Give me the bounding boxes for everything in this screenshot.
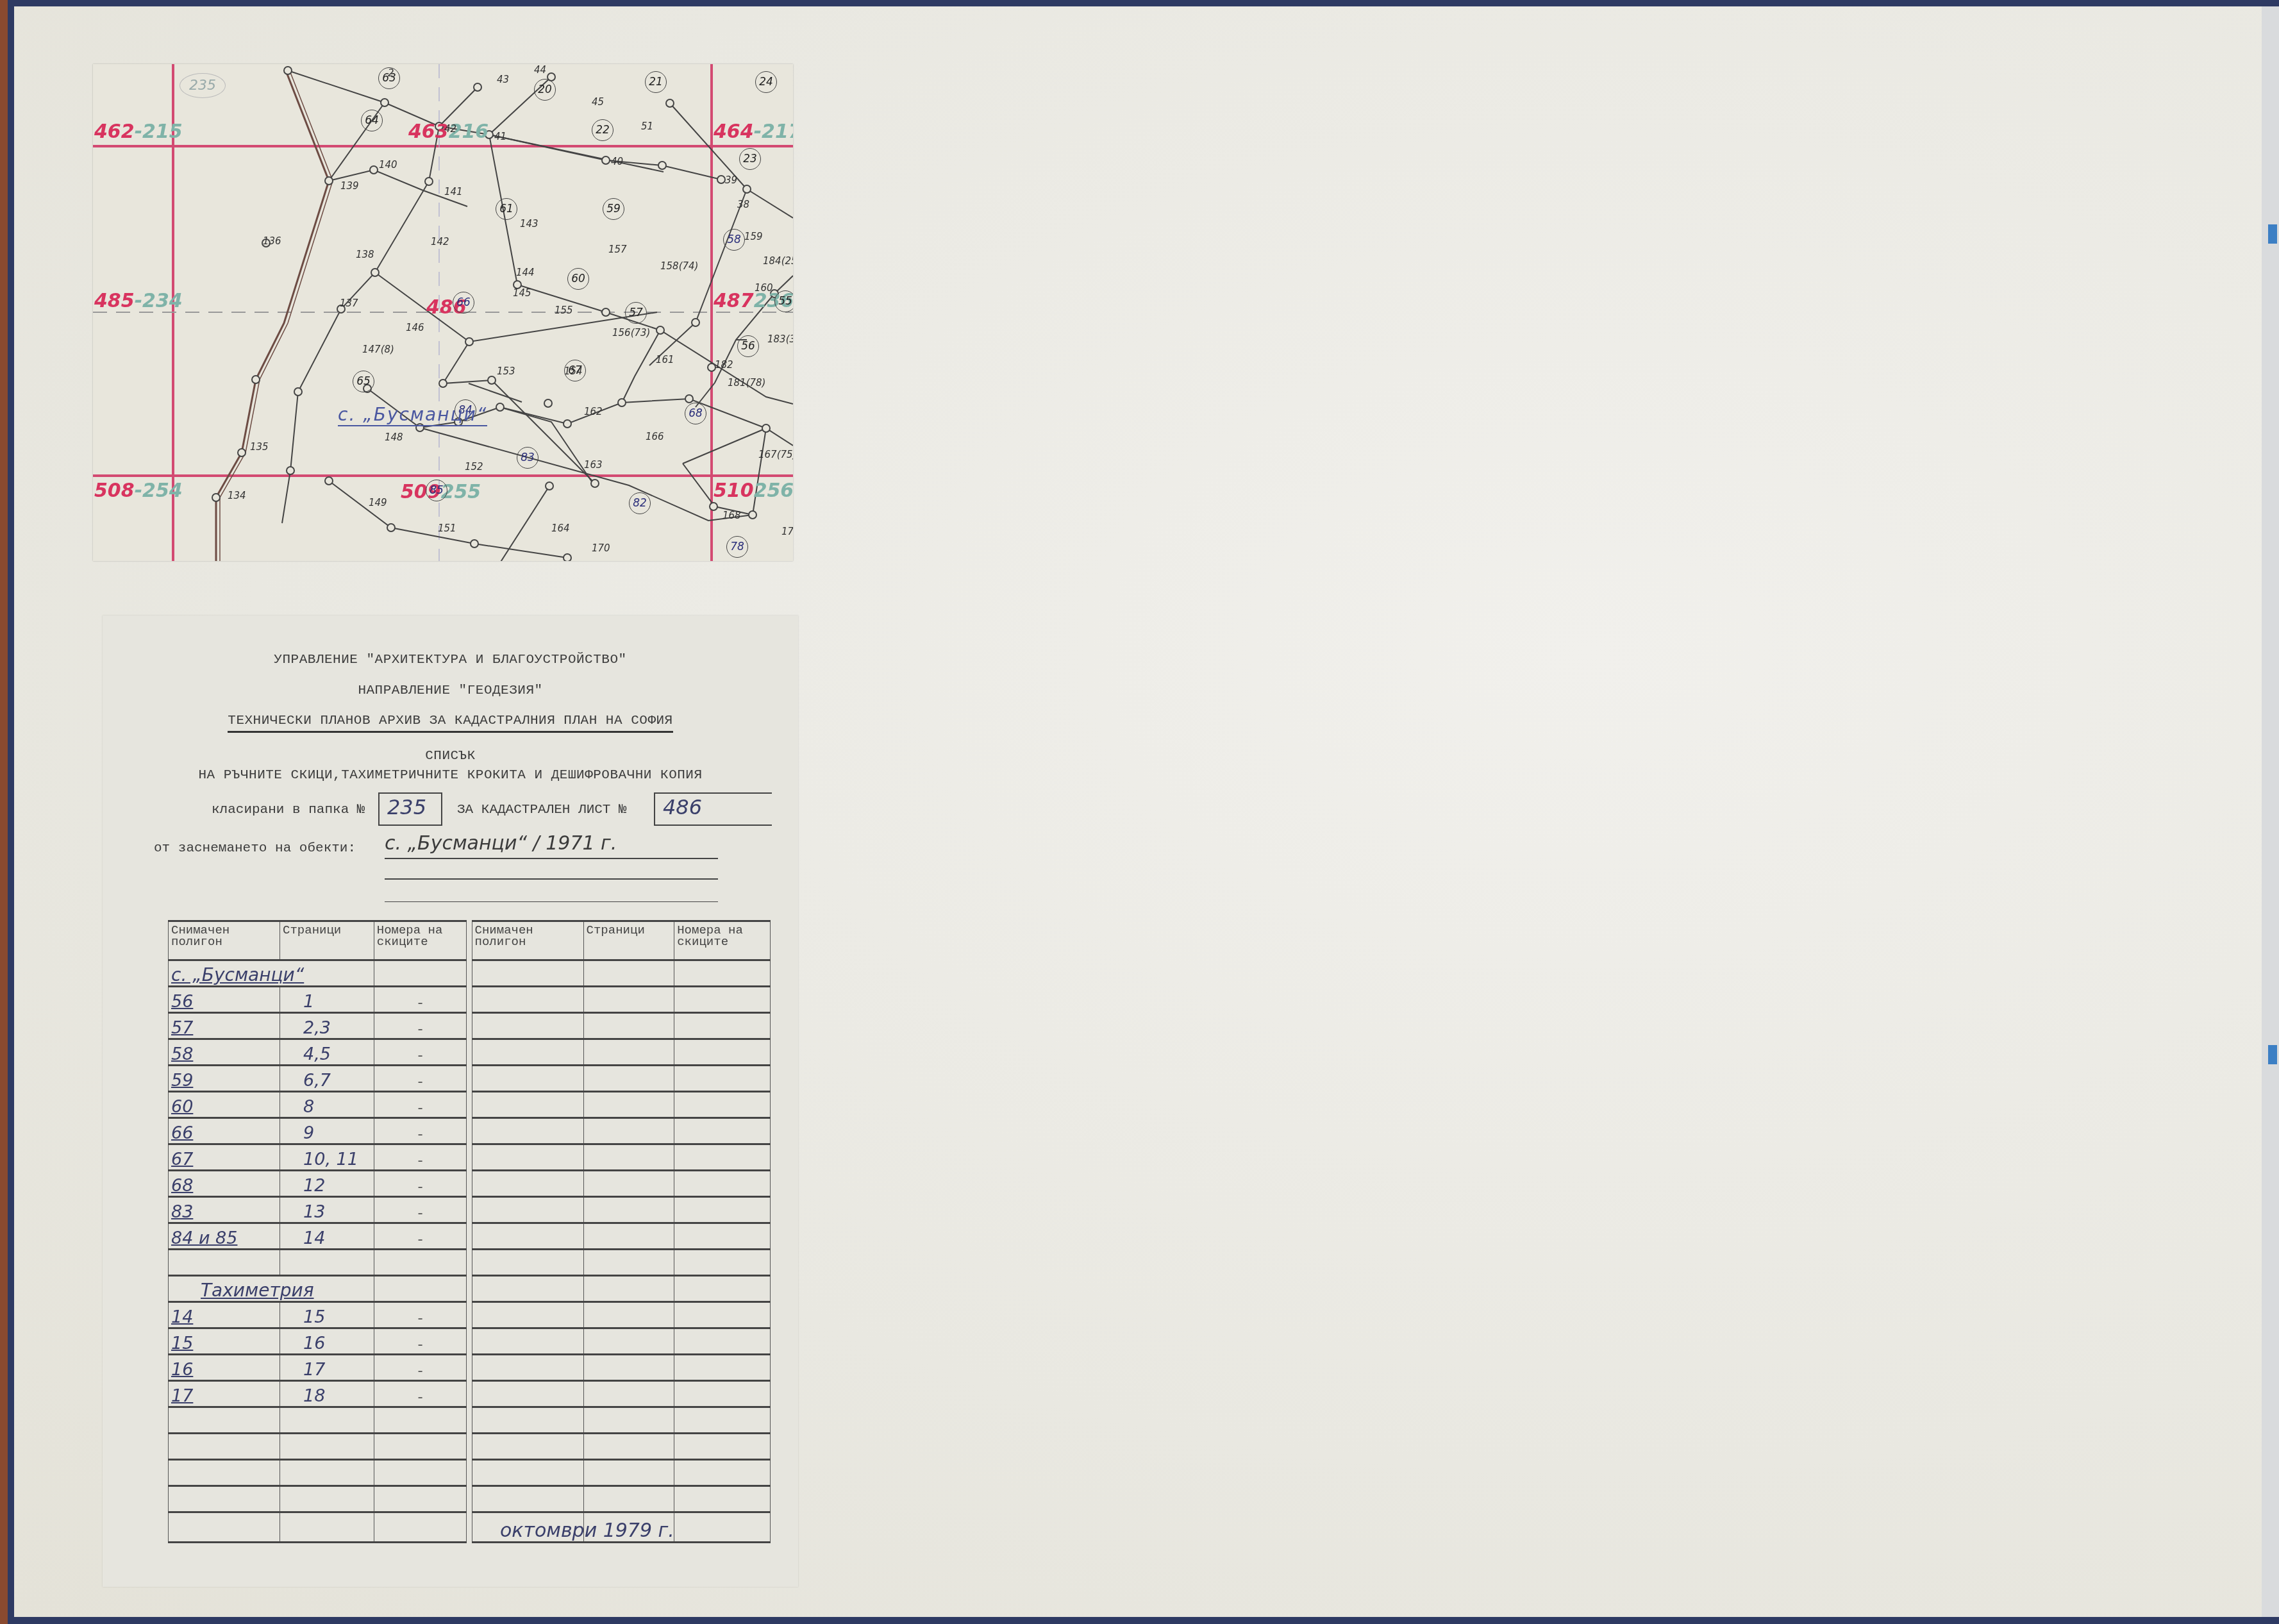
parcel-number: 60 <box>567 268 589 290</box>
point-label: 143 <box>520 218 538 230</box>
point-label: 140 <box>379 159 397 171</box>
section-row: Тахиметрия <box>169 1276 771 1302</box>
table-row: 572,3- <box>169 1013 771 1039</box>
table-row: 669- <box>169 1118 771 1144</box>
sketches-cell: - <box>374 1381 467 1407</box>
polygon-cell: 15 <box>169 1328 280 1355</box>
grid-label-510: 510256 <box>714 480 793 502</box>
point-label: 183(3 <box>767 333 793 345</box>
point-label: 184(25) <box>763 255 793 267</box>
table-row: 608- <box>169 1092 771 1118</box>
pages-cell: 15 <box>280 1302 374 1328</box>
point-label: 136 <box>263 235 281 247</box>
point-label: 44 <box>534 64 546 76</box>
point-label: 170 <box>592 542 610 554</box>
polygon-cell: 84 и 85 <box>169 1223 280 1250</box>
register-list-sheet: УПРАВЛЕНИЕ "АРХИТЕКТУРА И БЛАГОУСТРОЙСТВ… <box>103 615 798 1587</box>
parcel-number: 20 <box>534 79 556 101</box>
objects-label: от заснемането на обекти: <box>154 841 356 856</box>
polygon-cell: 16 <box>169 1355 280 1381</box>
sketches-cell: - <box>374 1223 467 1250</box>
pages-cell: 1 <box>280 987 374 1013</box>
parcel-number: 56 <box>737 335 759 357</box>
parcel-number: 57 <box>625 302 647 324</box>
table-row-empty <box>169 1486 771 1512</box>
parcel-number: 68 <box>685 403 706 424</box>
point-label: 159 <box>744 231 763 242</box>
objects-line <box>385 858 718 859</box>
point-label: 138 <box>356 249 374 260</box>
point-label: 137 <box>340 297 358 309</box>
col-header-pages: Страници <box>280 921 374 960</box>
grid-label-464: 464-217 <box>714 121 793 143</box>
pages-cell: 6,7 <box>280 1066 374 1092</box>
table-row: 561- <box>169 987 771 1013</box>
point-label: 156(73) <box>612 327 650 339</box>
point-label: 153 <box>497 365 515 377</box>
table-row-empty <box>169 1512 771 1543</box>
pages-cell: 16 <box>280 1328 374 1355</box>
table-header-row: Снимачен полигон Страници Номера на скиц… <box>169 921 771 960</box>
sketches-cell: - <box>374 987 467 1013</box>
objects-line <box>385 901 718 902</box>
cadastral-number-value: 486 <box>663 795 702 819</box>
point-label: 43 <box>497 74 509 85</box>
sketches-cell: - <box>374 1171 467 1197</box>
point-label: 148 <box>385 431 403 443</box>
table-row: 1415- <box>169 1302 771 1328</box>
polygon-cell: 14 <box>169 1302 280 1328</box>
point-label: 157 <box>608 244 627 255</box>
table-row-empty <box>169 1250 771 1276</box>
sketches-cell: - <box>374 1197 467 1223</box>
parcel-number: 24 <box>755 71 777 93</box>
table-row-empty <box>169 1434 771 1460</box>
point-label: 152 <box>465 461 483 473</box>
pages-cell: 10, 11 <box>280 1144 374 1171</box>
pages-cell: 4,5 <box>280 1039 374 1066</box>
point-label: 144 <box>516 267 535 278</box>
point-label: 42 <box>444 123 456 135</box>
polygon-cell: 68 <box>169 1171 280 1197</box>
point-label: 168 <box>722 510 741 521</box>
col-header-polygon: Снимачен полигон <box>169 921 280 960</box>
table-row: 1718- <box>169 1381 771 1407</box>
village-label: с. „Бусманци“ <box>338 404 487 426</box>
point-label: 167(75) <box>758 449 793 460</box>
sketches-cell: - <box>374 1013 467 1039</box>
point-label: 162 <box>584 406 603 417</box>
sketches-cell: - <box>374 1355 467 1381</box>
polygon-cell: 58 <box>169 1039 280 1066</box>
parcel-number: 61 <box>496 198 517 220</box>
blue-tab-marker <box>2268 224 2277 244</box>
pages-cell: 13 <box>280 1197 374 1223</box>
table-row-empty <box>169 1460 771 1486</box>
point-label: 163 <box>584 459 603 471</box>
col-header-sketches-2: Номера на скиците <box>674 921 771 960</box>
parcel-number: 21 <box>645 71 667 93</box>
point-label: 181(78) <box>728 377 765 389</box>
sketches-cell: - <box>374 1092 467 1118</box>
parcel-number: 66 <box>453 292 474 314</box>
parcel-number: 83 <box>517 447 538 469</box>
polygon-cell: 66 <box>169 1118 280 1144</box>
table-row: 1516- <box>169 1328 771 1355</box>
objects-value: с. „Бусманци“ / 1971 г. <box>385 832 617 855</box>
table-row: 6812- <box>169 1171 771 1197</box>
point-label: 158(74) <box>660 260 698 272</box>
sketches-cell: - <box>374 1302 467 1328</box>
parcel-number: 55 <box>774 290 793 312</box>
parcel-number: 65 <box>353 371 374 392</box>
parcel-number: 82 <box>629 492 651 514</box>
section-row: с. „Бусманци“ <box>169 960 771 987</box>
polygon-cell: 67 <box>169 1144 280 1171</box>
table-row: 6710, 11- <box>169 1144 771 1171</box>
binder-cloth-edge <box>0 0 8 1624</box>
grid-label-485: 485-234 <box>94 290 183 312</box>
table-row: 596,7- <box>169 1066 771 1092</box>
point-label: 45 <box>592 96 604 108</box>
polygon-cell: 60 <box>169 1092 280 1118</box>
cadastral-sheet-label: ЗА КАДАСТРАЛЕН ЛИСТ № <box>457 803 627 817</box>
col-header-polygon-2: Снимачен полигон <box>472 921 583 960</box>
pages-cell: 9 <box>280 1118 374 1144</box>
parcel-number: 23 <box>739 148 761 170</box>
point-label: 142 <box>431 236 449 247</box>
polygon-cell: 83 <box>169 1197 280 1223</box>
header-archive: ТЕХНИЧЕСКИ ПЛАНОВ АРХИВ ЗА КАДАСТРАЛНИЯ … <box>103 714 798 728</box>
sketches-cell: - <box>374 1066 467 1092</box>
list-title: СПИСЪК <box>103 749 798 764</box>
parcel-number: 22 <box>592 119 614 141</box>
polygon-cell: 57 <box>169 1013 280 1039</box>
point-label: 155 <box>555 305 573 316</box>
point-label: 161 <box>656 354 674 365</box>
point-label: 160 <box>755 282 773 294</box>
grid-label-462: 462-215 <box>94 121 183 143</box>
pages-cell: 2,3 <box>280 1013 374 1039</box>
point-label: 39 <box>725 174 737 186</box>
blue-tab-marker <box>2268 1045 2277 1064</box>
folder-number-value: 235 <box>387 795 426 819</box>
parcel-number: 78 <box>726 536 748 558</box>
table-row: 584,5- <box>169 1039 771 1066</box>
polygon-cell: 17 <box>169 1381 280 1407</box>
cadastral-number-box: 486 <box>654 792 772 826</box>
pages-cell: 18 <box>280 1381 374 1407</box>
polygon-cell: 59 <box>169 1066 280 1092</box>
point-label: 135 <box>250 441 269 453</box>
pages-cell: 17 <box>280 1355 374 1381</box>
sketches-cell: - <box>374 1118 467 1144</box>
table-row: 84 и 8514- <box>169 1223 771 1250</box>
parcel-number: 59 <box>603 198 624 220</box>
header-directorate: НАПРАВЛЕНИЕ "ГЕОДЕЗИЯ" <box>103 683 798 698</box>
point-label: 2 <box>388 67 394 79</box>
grid-label-508: 508-254 <box>94 480 183 502</box>
pages-cell: 12 <box>280 1171 374 1197</box>
point-label: 40 <box>611 156 623 167</box>
point-label: 145 <box>513 287 531 299</box>
point-label: 154 <box>564 365 583 377</box>
point-label: 176 <box>781 526 793 537</box>
point-label: 146 <box>406 322 424 333</box>
list-subtitle: НА РЪЧНИТЕ СКИЦИ,ТАХИМЕТРИЧНИТЕ КРОКИТА … <box>103 768 798 783</box>
folder-number-mark: 235 <box>179 73 226 98</box>
table-row: 8313- <box>169 1197 771 1223</box>
point-label: 38 <box>737 199 749 210</box>
point-label: 182 <box>715 359 733 371</box>
pages-cell: 8 <box>280 1092 374 1118</box>
parcel-number: 58 <box>723 229 745 251</box>
point-label: 134 <box>228 490 246 501</box>
date-signature: октомври 1979 г. <box>500 1519 674 1542</box>
sketches-cell: - <box>374 1144 467 1171</box>
parcel-number: 85 <box>426 480 447 501</box>
pages-cell: 14 <box>280 1223 374 1250</box>
point-label: 141 <box>444 186 463 197</box>
register-table: Снимачен полигон Страници Номера на скиц… <box>168 920 771 1543</box>
point-label: 151 <box>438 523 456 534</box>
point-label: 41 <box>494 131 506 142</box>
point-label: 147(8) <box>362 344 394 355</box>
objects-line <box>385 878 718 880</box>
point-label: 149 <box>369 497 387 508</box>
polygon-cell: 56 <box>169 987 280 1013</box>
sketches-cell: - <box>374 1328 467 1355</box>
point-label: 139 <box>340 180 359 192</box>
point-label: 166 <box>646 431 664 442</box>
parcel-number: 64 <box>361 110 383 131</box>
folder-label: класирани в папка № <box>212 803 365 817</box>
cadastral-map-clipping: 235 462-215 463216 464-217 485-234 486 4… <box>93 64 793 561</box>
point-label: 164 <box>551 523 570 534</box>
table-row: 1617- <box>169 1355 771 1381</box>
section-title: Тахиметрия <box>169 1276 374 1302</box>
header-department: УПРАВЛЕНИЕ "АРХИТЕКТУРА И БЛАГОУСТРОЙСТВ… <box>103 653 798 667</box>
col-header-pages-2: Страници <box>583 921 674 960</box>
sketches-cell: - <box>374 1039 467 1066</box>
col-header-sketches: Номера на скиците <box>374 921 467 960</box>
table-row-empty <box>169 1407 771 1434</box>
point-label: 51 <box>641 121 653 132</box>
board-right-edge <box>2262 6 2279 1617</box>
section-title: с. „Бусманци“ <box>169 960 374 987</box>
folder-number-box: 235 <box>378 792 442 826</box>
